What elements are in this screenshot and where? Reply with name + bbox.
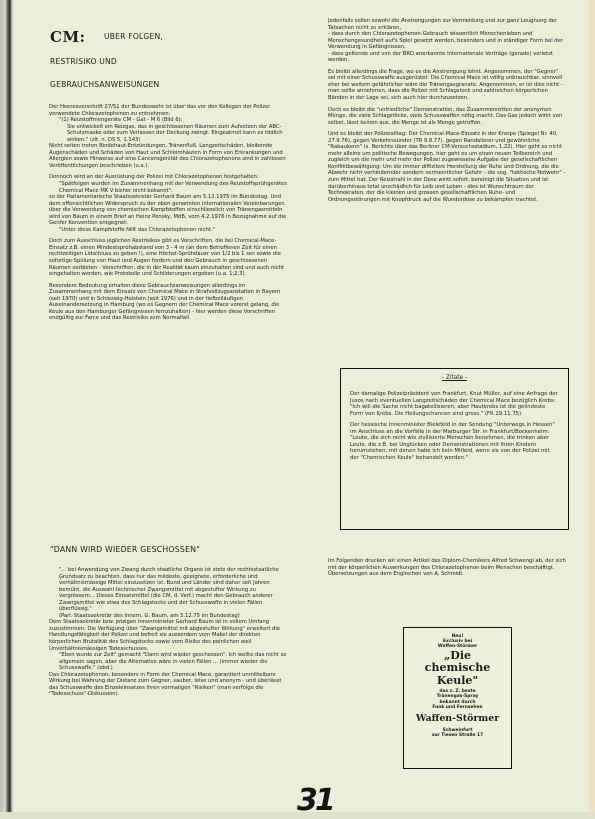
paragraph: so der Parlamentarische Staatssekretär G… [49,194,289,227]
header-title-line3: GEBRAUCHSANWEISUNGEN [50,80,159,89]
advertisement-clipping: Neu! Exclusiv bei Waffen-Störmer „Die ch… [403,627,512,769]
ad-brand: Waffen-Störmer [404,713,511,725]
article-intro-note: Im Folgenden drucken wir einen Artikel d… [328,558,568,583]
paragraph: Das Chlorazetophenon, besonders in Form … [49,672,289,698]
ad-desc: Funk und Fernsehen [404,705,511,710]
ad-headline: Keule" [404,675,511,688]
quote-body: "Ich will die Sache nicht bagatellisiere… [350,404,560,417]
list-item: - dass durch den Chlorazetophenon-Gebrau… [328,31,566,51]
quote-intro: Der damalige Polizeipräsident von Frankf… [350,391,560,404]
paragraph: Im Folgenden drucken wir einen Artikel d… [328,558,568,578]
quotes-box: - Zitate - Der damalige Polizeipräsident… [340,368,569,530]
paragraph: Besondere Bedeutung erhalten diese Gebra… [49,283,289,322]
scan-bottom-edge [0,812,595,819]
quote-body: "Spätfolgen wurden im Zusammenhang mit d… [49,181,289,194]
quote-body: "Eben wurde zur Zeit" gemacht "Dann wird… [49,652,289,672]
list-item: - dass geltende und von der BRD anerkann… [328,51,566,64]
paragraph: Doch es bleibt die "unfriedliche" Demons… [328,107,566,127]
quote-intro: Der hessische Innenminister Bielefeld in… [350,422,560,435]
paragraph: Der Heeresvorschrift 27/51 der Bundesweh… [49,104,289,117]
scan-right-edge [589,0,595,819]
left-column: Der Heeresvorschrift 27/51 der Bundesweh… [49,104,289,327]
quotes-box-title: - Zitate - [341,375,568,381]
right-column: Jedenfalls sollen sowohl die Anstrengung… [328,18,566,208]
paragraph: Doch zum Ausschluss jeglichen Restrisiko… [49,238,289,277]
quote-body: "Unter diese Kampfstoffe fällt das Chlor… [49,227,289,234]
header-title-line2: RESTRISIKO UND [50,57,117,66]
paragraph: Es bleibt allerdings die Frage, wo es di… [328,69,566,102]
paragraph: Jedenfalls sollen sowohl die Anstrengung… [328,18,566,31]
scan-binding-edge [0,0,14,819]
paragraph: Dem Staatssekretär bzw. jetzigen Innenmi… [49,619,289,652]
ad-headline: chemische [404,662,511,675]
quote-body: Sie entwickelt ein Reizgas, das in gesch… [49,124,289,144]
paragraph: Nicht selten treten Bindehaut-Entzündung… [49,143,289,169]
quotes-box-body: Der damalige Polizeipräsident von Frankf… [350,391,560,466]
section-heading: "DANN WIRD WIEDER GESCHOSSEN" [50,545,200,554]
header-title-line1: UBER FOLGEN, [104,32,163,41]
quote-body: "Leute, die sich nicht wie zivilisierte … [350,435,560,461]
quote-body: "... bei Anwendung von Zwang durch staat… [49,567,289,613]
paragraph: Und es bleibt der Polizeialltag: Der Che… [328,131,566,203]
cm-logo: CM: [50,28,86,46]
section2-body: "... bei Anwendung von Zwang durch staat… [49,567,289,703]
ad-address: zur Tiesen Straße 17 [404,733,511,738]
